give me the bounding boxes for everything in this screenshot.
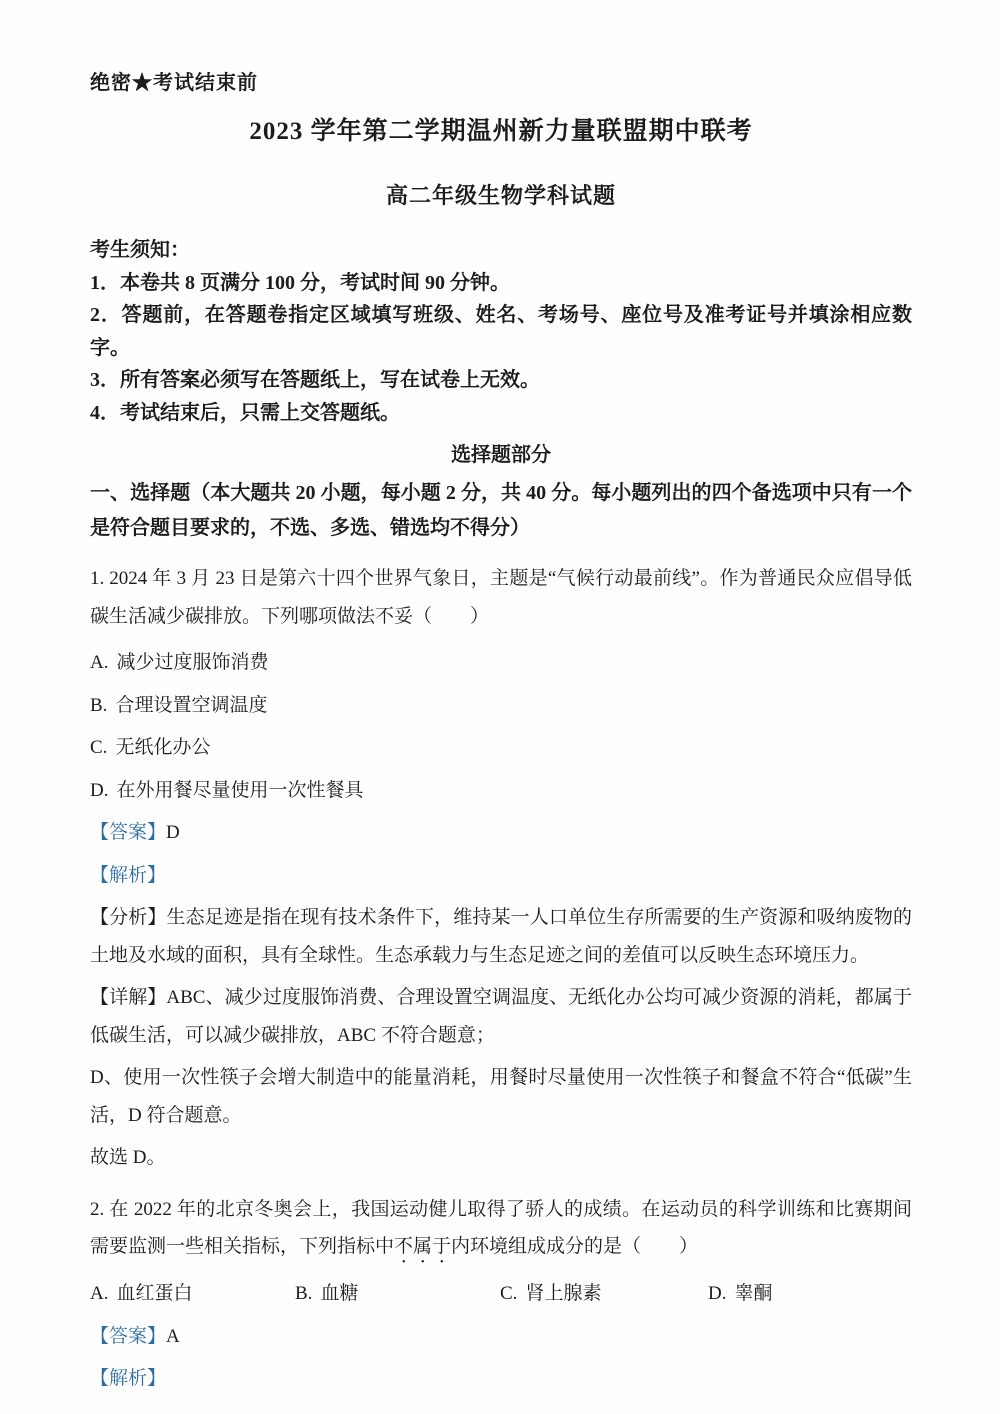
analysis-section-label: 【分析】	[90, 907, 166, 928]
question-1-stem-text: 2024 年 3 月 23 日是第六十四个世界气象日，主题是“气候行动最前线”。…	[90, 568, 912, 627]
option-b-label: B.	[295, 1283, 312, 1304]
option-b-text: 合理设置空调温度	[115, 695, 267, 716]
option-c-label: C.	[500, 1283, 517, 1304]
question-1-conclusion: 故选 D。	[90, 1139, 912, 1177]
exam-title: 2023 学年第二学期温州新力量联盟期中联考	[90, 111, 912, 147]
question-1-stem: 1. 2024 年 3 月 23 日是第六十四个世界气象日，主题是“气候行动最前…	[90, 560, 912, 635]
notice-item-3: 3．所有答案必须写在答题纸上，写在试卷上无效。	[90, 364, 912, 397]
option-c-label: C.	[90, 737, 107, 758]
question-2-stem-suffix: 内环境组成成分的是（ ）	[451, 1236, 698, 1257]
exam-subtitle: 高二年级生物学科试题	[90, 179, 912, 210]
examinee-notice: 考生须知： 1．本卷共 8 页满分 100 分，考试时间 90 分钟。 2．答题…	[90, 234, 912, 429]
option-a-label: A.	[90, 652, 108, 673]
option-c-text: 无纸化办公	[115, 737, 210, 758]
option-d-text: 在外用餐尽量使用一次性餐具	[116, 780, 363, 801]
question-2-option-d: D.睾酮	[708, 1275, 912, 1313]
option-b-label: B.	[90, 695, 107, 716]
question-1-analysis-1: 【分析】生态足迹是指在现有技术条件下，维持某一人口单位生存所需要的生产资源和吸纳…	[90, 899, 912, 974]
analysis-section-text: 生态足迹是指在现有技术条件下，维持某一人口单位生存所需要的生产资源和吸纳废物的土…	[90, 907, 912, 966]
option-d-label: D.	[90, 780, 108, 801]
answer-label: 【答案】	[90, 1326, 166, 1347]
option-a-label: A.	[90, 1283, 108, 1304]
option-c-text: 肾上腺素	[525, 1283, 601, 1304]
detail-section-text: ABC、减少过度服饰消费、合理设置空调温度、无纸化办公均可减少资源的消耗，都属于…	[90, 987, 912, 1046]
question-1-analysis-label: 【解析】	[90, 857, 912, 895]
notice-item-1: 1．本卷共 8 页满分 100 分，考试时间 90 分钟。	[90, 267, 912, 300]
option-a-text: 血红蛋白	[116, 1283, 192, 1304]
notice-heading: 考生须知：	[90, 234, 912, 267]
question-2-stem: 2. 在 2022 年的北京冬奥会上，我国运动健儿取得了骄人的成绩。在运动员的科…	[90, 1191, 912, 1269]
answer-value: D	[166, 822, 180, 843]
question-2-number: 2.	[90, 1199, 104, 1220]
question-1-option-d: D.在外用餐尽量使用一次性餐具	[90, 772, 912, 810]
exam-document-page: 绝密★考试结束前 2023 学年第二学期温州新力量联盟期中联考 高二年级生物学科…	[0, 0, 1000, 1414]
notice-item-2: 2．答题前，在答题卷指定区域填写班级、姓名、考场号、座位号及准考证号并填涂相应数…	[90, 299, 912, 364]
answer-label: 【答案】	[90, 822, 166, 843]
answer-value: A	[166, 1326, 180, 1347]
question-2-options: A.血红蛋白 B.血糖 C.肾上腺素 D.睾酮	[90, 1275, 912, 1313]
question-1-option-a: A.减少过度服饰消费	[90, 644, 912, 682]
question-2: 2. 在 2022 年的北京冬奥会上，我国运动健儿取得了骄人的成绩。在运动员的科…	[90, 1191, 912, 1398]
question-1: 1. 2024 年 3 月 23 日是第六十四个世界气象日，主题是“气候行动最前…	[90, 560, 912, 1177]
question-2-option-b: B.血糖	[295, 1275, 500, 1313]
question-1-option-b: B.合理设置空调温度	[90, 687, 912, 725]
detail-section-label: 【详解】	[90, 987, 166, 1008]
security-marking: 绝密★考试结束前	[90, 66, 912, 95]
question-1-analysis-3: D、使用一次性筷子会增大制造中的能量消耗，用餐时尽量使用一次性筷子和餐盒不符合“…	[90, 1059, 912, 1134]
question-1-option-c: C.无纸化办公	[90, 729, 912, 767]
question-1-answer: 【答案】D	[90, 814, 912, 852]
question-1-options: A.减少过度服饰消费 B.合理设置空调温度 C.无纸化办公 D.在外用餐尽量使用…	[90, 644, 912, 809]
question-1-analysis-2: 【详解】ABC、减少过度服饰消费、合理设置空调温度、无纸化办公均可减少资源的消耗…	[90, 979, 912, 1054]
question-2-analysis-label: 【解析】	[90, 1360, 912, 1398]
option-d-label: D.	[708, 1283, 726, 1304]
question-2-stem-emphasis: 不属于	[394, 1236, 451, 1257]
option-a-text: 减少过度服饰消费	[116, 652, 268, 673]
option-b-text: 血糖	[320, 1283, 358, 1304]
notice-item-4: 4．考试结束后，只需上交答题纸。	[90, 397, 912, 430]
question-2-answer: 【答案】A	[90, 1318, 912, 1356]
question-2-option-c: C.肾上腺素	[500, 1275, 708, 1313]
part-title: 选择题部分	[90, 438, 912, 467]
question-1-number: 1.	[90, 568, 104, 589]
question-2-option-a: A.血红蛋白	[90, 1275, 295, 1313]
option-d-text: 睾酮	[734, 1283, 772, 1304]
section-instructions: 一、选择题（本大题共 20 小题，每小题 2 分，共 40 分。每小题列出的四个…	[90, 476, 912, 546]
